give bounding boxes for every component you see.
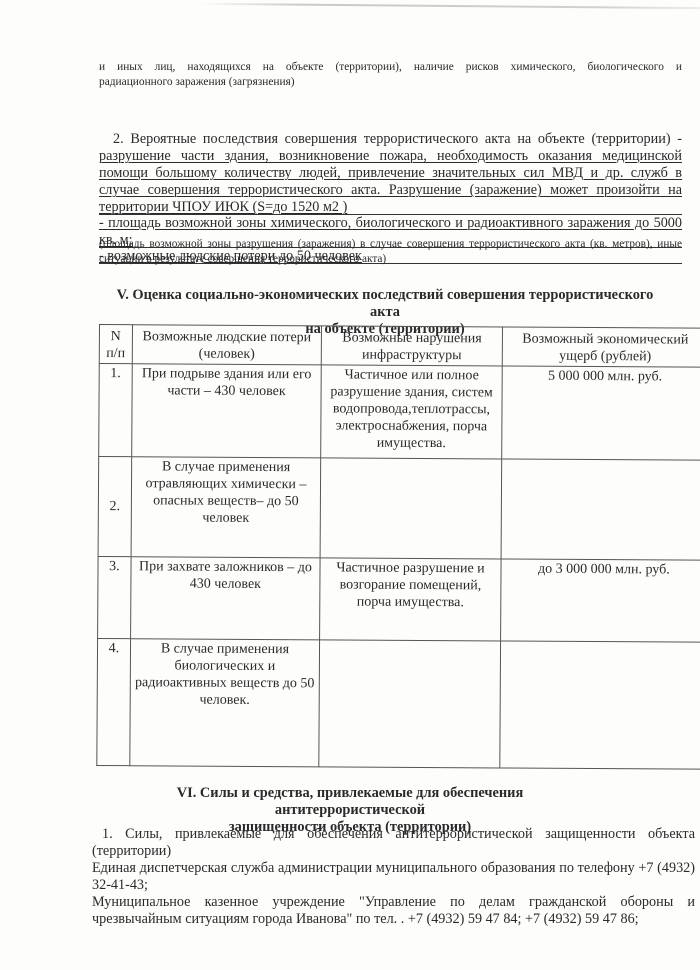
section-5-title-line-1: V. Оценка социально-экономических послед… (105, 287, 665, 321)
header-losses: Возможные людские потери (человек) (132, 325, 322, 365)
row-damage (500, 641, 700, 769)
row-infrastructure: Частичное разрушение и возгорание помеще… (320, 558, 501, 641)
intro-paragraph: и иных лиц, находящихся на объекте (терр… (99, 60, 682, 90)
intro-line-2: радиационного заражения (загрязнения) (99, 75, 682, 90)
table-header-row: N п/п Возможные людские потери (человек)… (99, 325, 700, 368)
consequences-body: разрушение части здания, возникновение п… (99, 148, 682, 216)
row-losses: При подрыве здания или его части – 430 ч… (131, 364, 321, 458)
row-number: 3. (98, 556, 131, 638)
row-damage: до 3 000 000 млн. руб. (500, 559, 700, 642)
row-infrastructure (320, 458, 501, 559)
forces-dispatch: Единая диспетчерская служба администраци… (92, 860, 695, 894)
consequences-lead: 2. Вероятные последствия совершения терр… (99, 131, 682, 148)
row-number: 1. (99, 364, 132, 457)
row-infrastructure: Частичное или полное разрушение здания, … (321, 365, 502, 459)
forces-municipal: Муниципальное казенное учреждение "Управ… (92, 894, 695, 928)
table-row: 3. При захвате заложников – до 430 челов… (98, 556, 700, 642)
scan-edge-line (200, 3, 700, 9)
row-losses: В случае применения биологических и ради… (129, 639, 319, 767)
intro-line-1: и иных лиц, находящихся на объекте (терр… (99, 60, 682, 75)
row-damage (501, 459, 700, 560)
section-6-title-line-1: VI. Силы и средства, привлекаемые для об… (100, 785, 600, 819)
row-damage: 5 000 000 млн. руб. (502, 366, 700, 460)
header-infrastructure: Возможные нарушения инфраструктуры (321, 326, 502, 366)
row-number: 4. (97, 638, 130, 765)
table-row: 2. В случае применения отравляющих химич… (98, 457, 700, 561)
forces-paragraph: 1. Силы, привлекаемые для обеспечения ан… (92, 826, 695, 928)
forces-item-1-lead: 1. Силы, привлекаемые для обеспечения ан… (92, 826, 695, 860)
row-infrastructure (319, 640, 500, 768)
table-row: 4. В случае применения биологических и р… (97, 638, 700, 769)
row-losses: При захвате заложников – до 430 человек (130, 557, 320, 640)
header-number: N п/п (99, 325, 132, 364)
note-paragraph: (площадь возможной зоны разрушения (зара… (99, 237, 682, 267)
header-damage: Возможный экономический ущерб (рублей) (502, 327, 700, 367)
row-losses: В случае применения отравляющих химическ… (131, 457, 321, 558)
table-row: 1. При подрыве здания или его части – 43… (99, 364, 700, 461)
row-number: 2. (98, 457, 131, 557)
consequences-table: N п/п Возможные людские потери (человек)… (96, 324, 700, 770)
